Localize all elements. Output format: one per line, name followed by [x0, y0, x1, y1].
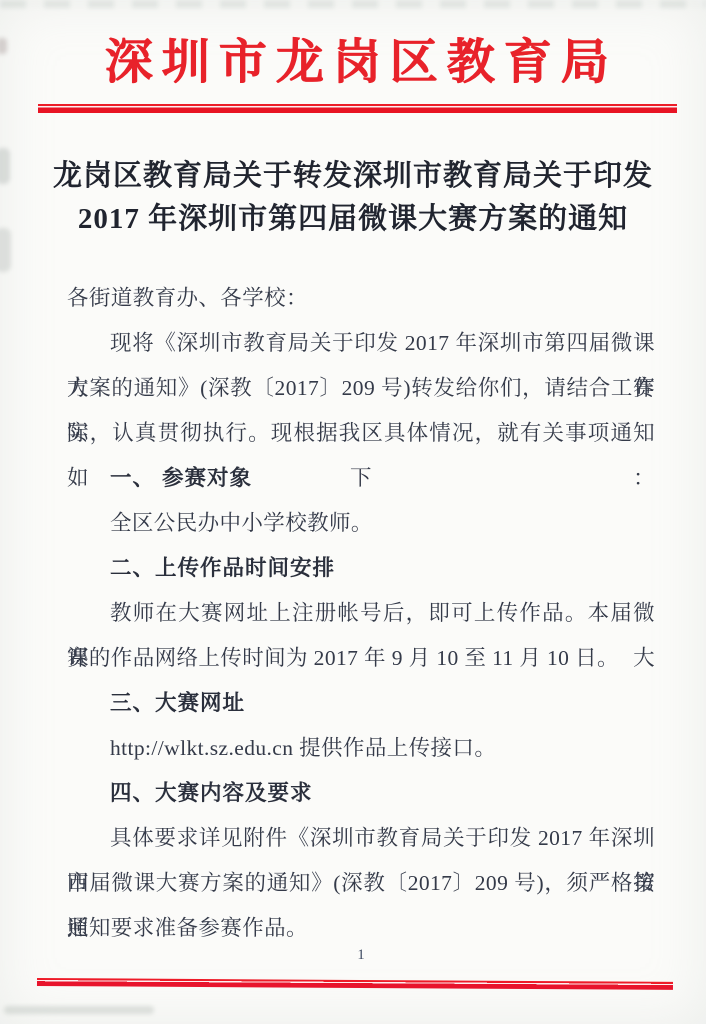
- body-line: 具体要求详见附件《深圳市教育局关于印发 2017 年深圳市第: [67, 816, 655, 861]
- scan-artifact-left-edge: [0, 148, 10, 184]
- section-heading: 四、大赛内容及要求: [67, 771, 655, 816]
- scan-artifact-top-edge: [0, 0, 706, 8]
- document-title: 龙岗区教育局关于转发深圳市教育局关于印发 2017 年深圳市第四届微课大赛方案的…: [40, 155, 666, 241]
- body-line: 现将《深圳市教育局关于印发 2017 年深圳市第四届微课大赛: [67, 321, 655, 366]
- section-heading: 三、大赛网址: [67, 681, 655, 726]
- body-line: 各街道教育办、各学校：: [67, 276, 655, 321]
- scan-artifact-left-edge: [0, 228, 11, 272]
- bottom-red-rule: [37, 978, 673, 990]
- body-line: 全区公民办中小学校教师。: [67, 501, 655, 546]
- page-number: 1: [67, 945, 655, 965]
- body-line: 四届微课大赛方案的通知》(深教〔2017〕209 号)，须严格按照: [67, 861, 655, 906]
- body-line: 教师在大赛网址上注册帐号后，即可上传作品。本届微课大: [67, 591, 655, 636]
- document-title-line1: 龙岗区教育局关于转发深圳市教育局关于印发: [40, 155, 666, 198]
- body-text: 各街道教育办、各学校：现将《深圳市教育局关于印发 2017 年深圳市第四届微课大…: [67, 276, 655, 951]
- scan-artifact-left-edge: [0, 38, 7, 54]
- section-heading: 二、上传作品时间安排: [67, 546, 655, 591]
- scanned-document-page: 深圳市龙岗区教育局 龙岗区教育局关于转发深圳市教育局关于印发 2017 年深圳市…: [0, 0, 706, 1024]
- body-line: 际，认真贯彻执行。现根据我区具体情况，就有关事项通知如下：: [67, 411, 655, 456]
- body-line: 赛的作品网络上传时间为 2017 年 9 月 10 至 11 月 10 日。: [67, 636, 655, 681]
- body-line: 方案的通知》(深教〔2017〕209 号)转发给你们，请结合工作实: [67, 366, 655, 411]
- letterhead-agency-name: 深圳市龙岗区教育局: [67, 34, 655, 92]
- scan-artifact-bottom-edge: [4, 1006, 154, 1014]
- body-line: http://wlkt.sz.edu.cn 提供作品上传接口。: [67, 726, 655, 771]
- letterhead-divider-rule: [38, 104, 677, 113]
- document-title-line2: 2017 年深圳市第四届微课大赛方案的通知: [40, 198, 666, 241]
